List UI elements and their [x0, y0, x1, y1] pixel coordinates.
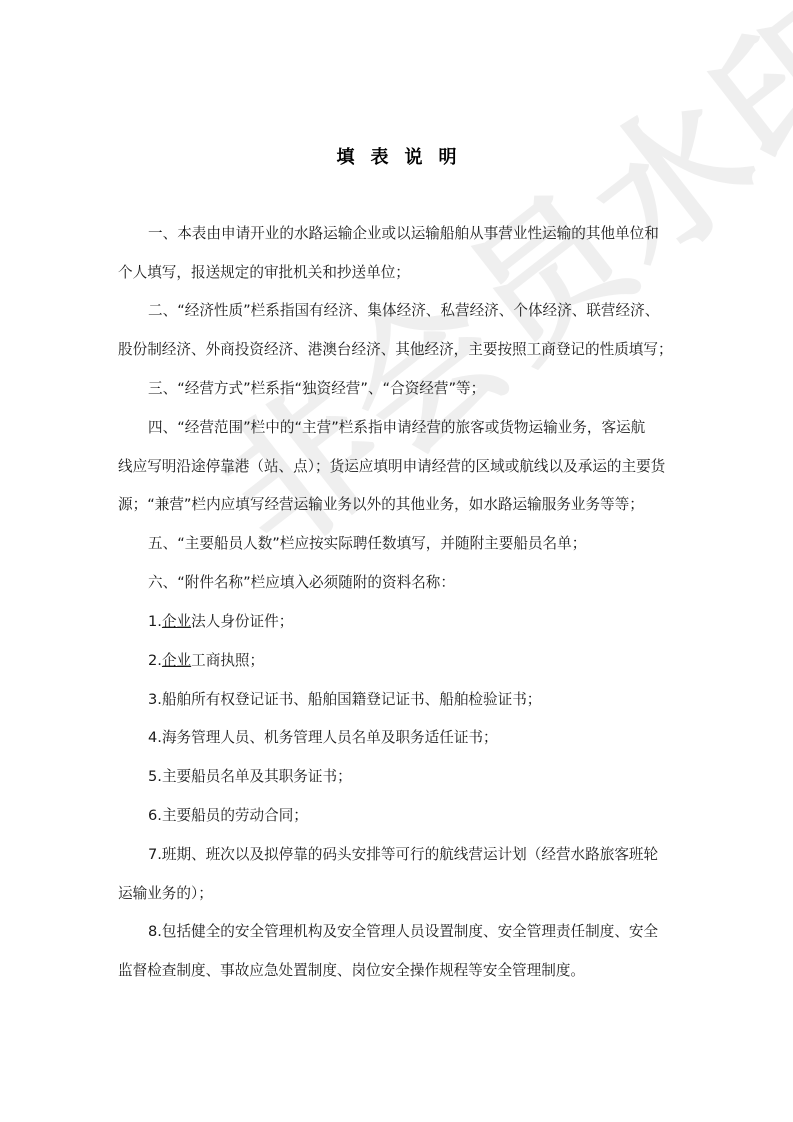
attachment-number: 2.: [148, 652, 162, 669]
attachment-number: 3.: [148, 691, 162, 708]
attachment-item: 4.海务管理人员、机务管理人员名单及职务适任证书；: [148, 726, 498, 747]
instruction-line: 8.包括健全的安全管理机构及安全管理人员设置制度、安全管理责任制度、安全: [148, 920, 658, 941]
attachment-text: 工商执照；: [191, 652, 264, 669]
attachment-number: 4.: [148, 729, 162, 746]
attachment-number: 1.: [148, 613, 162, 630]
instruction-line: 源；“兼营”栏内应填写经营运输业务以外的其他业务，如水路运输服务业务等等；: [118, 493, 644, 514]
attachment-item: 3.船舶所有权登记证书、船舶国籍登记证书、船舶检验证书；: [148, 688, 541, 709]
instruction-line: 五、“主要船员人数”栏应按实际聘任数填写，并随附主要船员名单；: [148, 532, 586, 553]
attachment-text: 主要船员名单及其职务证书；: [162, 768, 352, 785]
instruction-line: 三、“经营方式”栏系指“独资经营”、“合资经营”等；: [148, 377, 485, 398]
document-page: 非会员水印 填表说明 一、本表由申请开业的水路运输企业或以运输船舶从事营业性运输…: [0, 0, 793, 1122]
attachment-number: 5.: [148, 768, 162, 785]
instruction-line: 运输业务的）；: [118, 882, 213, 903]
attachment-item: 6.主要船员的劳动合同；: [148, 804, 308, 825]
underlined-text: 企业: [162, 652, 191, 669]
instruction-line: 二、“经济性质”栏系指国有经济、集体经济、私营经济、个体经济、联营经济、: [148, 299, 659, 320]
underlined-text: 企业: [162, 613, 191, 630]
instruction-line: 线应写明沿途停靠港（站、点）；货运应填明申请经营的区域或航线以及承运的主要货: [118, 455, 665, 476]
instruction-line: 股份制经济、外商投资经济、港澳台经济、其他经济，主要按照工商登记的性质填写；: [118, 338, 673, 359]
instruction-line: 个人填写，报送规定的审批机关和抄送单位；: [118, 261, 410, 282]
instruction-line: 监督检查制度、事故应急处置制度、岗位安全操作规程等安全管理制度。: [118, 959, 585, 980]
attachment-text: 法人身份证件；: [191, 613, 293, 630]
instruction-line: 7.班期、班次以及拟停靠的码头安排等可行的航线营运计划（经营水路旅客班轮: [148, 843, 658, 864]
attachment-item: 2.企业工商执照；: [148, 649, 264, 670]
attachment-text: 海务管理人员、机务管理人员名单及职务适任证书；: [162, 729, 498, 746]
instruction-line: 六、“附件名称”栏应填入必须随附的资料名称：: [148, 571, 455, 592]
instruction-line: 一、本表由申请开业的水路运输企业或以运输船舶从事营业性运输的其他单位和: [148, 222, 659, 243]
attachment-text: 船舶所有权登记证书、船舶国籍登记证书、船舶检验证书；: [162, 691, 541, 708]
attachment-text: 主要船员的劳动合同；: [162, 807, 308, 824]
attachment-item: 5.主要船员名单及其职务证书；: [148, 765, 352, 786]
attachment-number: 6.: [148, 807, 162, 824]
attachment-item: 1.企业法人身份证件；: [148, 610, 293, 631]
page-title: 填表说明: [0, 143, 793, 169]
instruction-line: 四、“经营范围”栏中的“主营”栏系指申请经营的旅客或货物运输业务，客运航: [148, 416, 645, 437]
